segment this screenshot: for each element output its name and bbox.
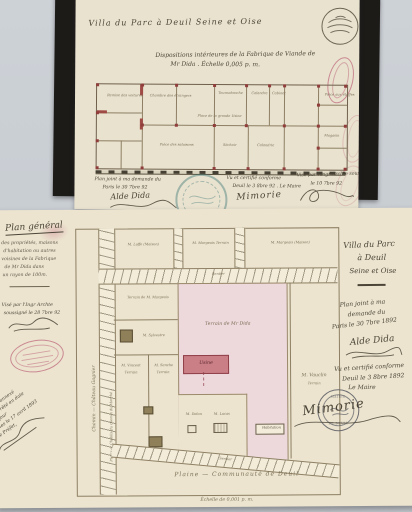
top-left-note-2: Paris le 30 7bre 92 [102, 184, 147, 190]
right-note1-2: demande du [348, 309, 386, 319]
room-label: Magasin [324, 134, 340, 138]
plan-general-desc: voisines de la Fabrique [1, 256, 56, 262]
inspector-paraph-icon [298, 186, 354, 204]
photo-background: Villa du Parc à Deuil Seine et Oise Disp… [0, 0, 412, 512]
parcel-label-margeais-maison: M. Margeais (Maison) [264, 240, 316, 244]
maire-signature: Mimorie [236, 190, 282, 203]
teal-municipal-stamp-icon [175, 174, 227, 211]
parcel-label-lucas: M. Lucas [214, 412, 229, 416]
right-note1-1: Plan joint à ma [339, 298, 385, 308]
usine-label: Usine [189, 360, 223, 366]
plan-general-desc: de Mr Dida dans [4, 264, 44, 270]
parcel-label-margeais2: Terrain de M. Margeais [127, 295, 164, 299]
parcel-label-vincent: M. Vincent [121, 363, 141, 367]
dida-flourish-icon [344, 346, 404, 360]
right-note1-3: Paris le 30 7bre 1892 [332, 316, 398, 330]
stamp-squiggle-icon [322, 9, 357, 44]
building-footprint-small2 [148, 436, 162, 447]
road-label: Sentier [208, 272, 229, 276]
parcel-label-vauclin2: Terrain [301, 381, 327, 385]
top-doc-title: Villa du Parc à Deuil Seine et Oise [88, 17, 262, 28]
parcel-label-sylvestre: M. Sylvestre [141, 333, 167, 337]
room-label: Tournebroche [218, 91, 238, 95]
top-center-note-1: Vu et certifié conforme [227, 175, 282, 181]
room-label: Cabinet [272, 91, 280, 95]
bottom-doc-title-1: Villa du Parc [343, 239, 395, 250]
room-label: Pièce aux étoffes [325, 93, 341, 97]
plan-general-desc: un rayon de 100m. [2, 272, 47, 278]
top-center-note-2: Deuil le 3 8bre 92 . Le Maire [232, 183, 301, 189]
building-outline-lucas [213, 423, 227, 433]
path-strip [173, 228, 183, 268]
parcel-label-margeais-terrain: M. Margeais Terrain [192, 241, 223, 245]
mimorie-flourish-icon [292, 414, 402, 431]
plaine-label: Plaine — Communauté de Deuil [172, 470, 302, 478]
bottom-doc-title-3: Seine et Oise [349, 267, 396, 275]
title-underline [358, 284, 386, 286]
room-label: Chambre des étrangers [150, 94, 169, 98]
room-label: Pièce des salaisons [159, 143, 194, 147]
parcel-label-loffe: M. Loffe (Maison) [126, 242, 161, 246]
parcel-label-vauclin: M. Vauclin [297, 372, 331, 378]
parcel-label-vincent2: Terrain [121, 370, 141, 374]
terrain-dida-label: Terrain de Mr Dida [197, 321, 259, 327]
street-label-outer: Chemin — Château Gagnier [91, 365, 97, 431]
floorplan: Remise des voitures Chambre des étranger… [96, 83, 349, 171]
parcel-label-sanche: M. Sanche [154, 363, 171, 367]
surveyor-note-2: soussigné le 28 7bre 92 [4, 310, 60, 316]
plan-general-desc: d'habitation ou autres [3, 248, 55, 254]
parcel-label-sanche2: Terrain [154, 370, 171, 374]
room-label: Calandre [251, 91, 263, 95]
room-label: Calandrie [256, 143, 275, 147]
top-right-note-2: le 10 7bre 92 [310, 181, 342, 187]
room-label: Séchoir [221, 143, 238, 147]
bottom-doc-title-2: à Deuil [357, 253, 386, 262]
surveyor-note-1: Visé par l'Ingr Archte [2, 302, 53, 308]
bottom-document: Plan général des propriétés, maisons d'h… [0, 208, 412, 509]
top-doc-subtitle-1: Dispositions intérieures de la Fabrique … [120, 50, 350, 60]
plan-general-desc: des propriétés, maisons [1, 240, 58, 246]
parcel-label-delon: M. Delon [186, 412, 201, 416]
plan-scale-label: Échelle de 0,001 p. m. [172, 497, 281, 503]
usine-flue-line [203, 372, 204, 386]
habitation-label: Habitation [262, 426, 278, 430]
top-doc-subtitle-2: Mr Dida . Échelle 0,005 p. m. [135, 60, 295, 68]
right-note2-2: Deuil le 3 8bre 1892 [342, 372, 405, 383]
round-ink-stamp-icon [321, 8, 358, 45]
usine-building: Usine [183, 355, 229, 374]
room-label: Remise des voitures [107, 93, 132, 97]
divider [10, 286, 50, 287]
top-left-note-1: Plan joint à ma demande du [95, 176, 161, 182]
top-document: Villa du Parc à Deuil Seine et Oise Disp… [74, 0, 359, 211]
right-note2-1: Vu et certifié conforme [334, 362, 404, 373]
building-footprint-small [143, 406, 153, 414]
teal-stamp-squiggle-icon [177, 176, 225, 211]
habitation-box: Habitation [255, 424, 284, 435]
building-footprint-sylvestre [120, 329, 133, 342]
surveyor-signature-icon [6, 316, 61, 334]
room-label: Place de la grande Usine [198, 114, 233, 118]
building-outline-delon [187, 425, 196, 433]
